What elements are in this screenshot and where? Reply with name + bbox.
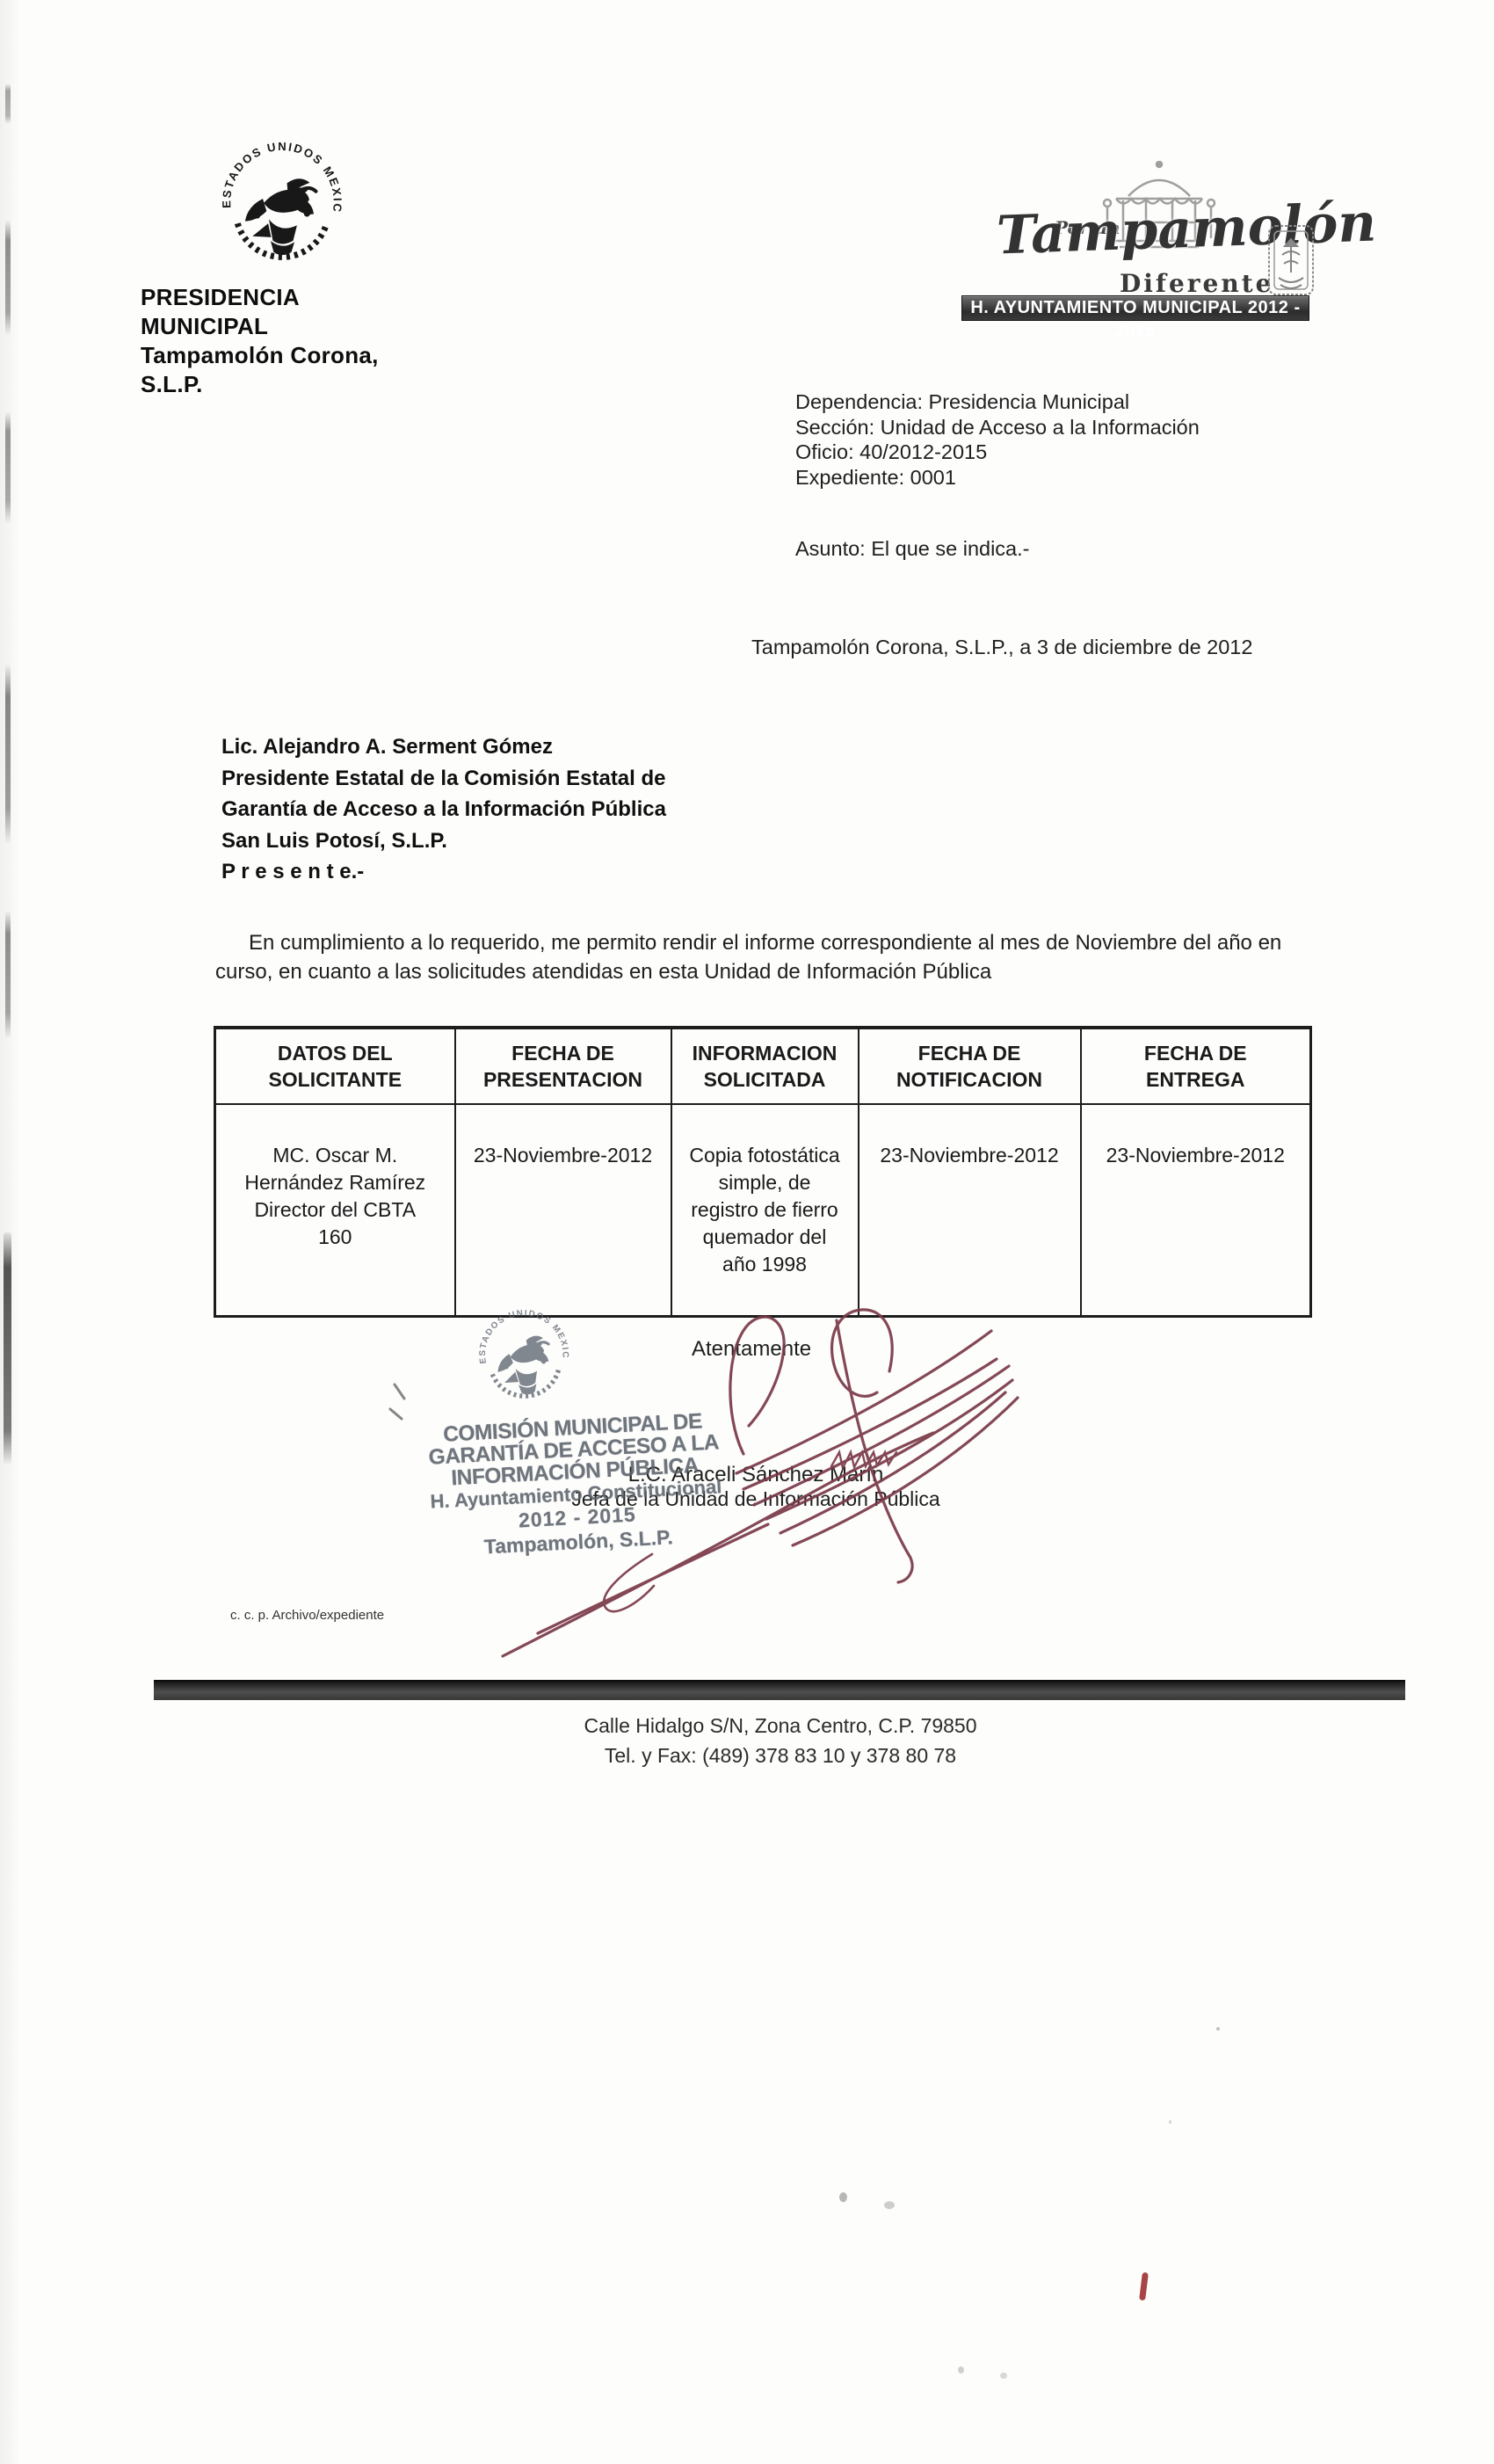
table-header-presentacion: FECHA DE PRESENTACION <box>455 1028 671 1104</box>
scan-speck <box>1169 2120 1171 2124</box>
scan-speck <box>958 2366 964 2373</box>
recipient-city: San Luis Potosí, S.L.P. <box>221 825 666 857</box>
table-header-entrega: FECHA DE ENTREGA <box>1081 1028 1311 1104</box>
national-coat-of-arms-icon <box>211 137 353 283</box>
scan-edge-shading <box>0 0 21 2464</box>
table-header-informacion: INFORMACION SOLICITADA <box>671 1028 859 1104</box>
meta-oficio: Oficio: 40/2012-2015 <box>795 440 1200 465</box>
letterhead-org-block: PRESIDENCIA MUNICIPAL Tampamolón Corona,… <box>141 283 431 399</box>
scan-speck <box>839 2192 847 2202</box>
recipient-title-1: Presidente Estatal de la Comisión Estata… <box>221 763 666 795</box>
org-place: Tampamolón Corona, S.L.P. <box>141 341 431 399</box>
scan-artifact-streak <box>5 84 11 124</box>
red-ink-mark <box>1139 2272 1149 2301</box>
logo-town-name: Tampamolón <box>996 192 1377 266</box>
administration-banner: H. AYUNTAMIENTO MUNICIPAL 2012 - 2015 <box>961 295 1309 321</box>
cell-fecha-entrega: 23-Noviembre-2012 <box>1081 1104 1311 1317</box>
scan-speck <box>884 2201 895 2209</box>
org-name: PRESIDENCIA MUNICIPAL <box>141 283 431 341</box>
table-header-row: DATOS DEL SOLICITANTE FECHA DE PRESENTAC… <box>215 1028 1311 1104</box>
recipient-name: Lic. Alejandro A. Serment Gómez <box>221 731 666 763</box>
date-line: Tampamolón Corona, S.L.P., a 3 de diciem… <box>751 636 1252 659</box>
scan-speck <box>1216 2027 1220 2031</box>
subject-line: Asunto: El que se indica.- <box>795 537 1030 561</box>
recipient-presente: P r e s e n t e.- <box>221 856 666 888</box>
scan-speck <box>1000 2373 1007 2379</box>
body-paragraph: En cumplimiento a lo requerido, me permi… <box>215 929 1296 986</box>
document-meta-block: Dependencia: Presidencia Municipal Secci… <box>795 389 1200 490</box>
footer-phone: Tel. y Fax: (489) 378 83 10 y 378 80 78 <box>429 1741 1132 1770</box>
footer-address: Calle Hidalgo S/N, Zona Centro, C.P. 798… <box>429 1711 1132 1741</box>
recipient-title-2: Garantía de Acceso a la Información Públ… <box>221 794 666 825</box>
meta-expediente: Expediente: 0001 <box>795 465 1200 491</box>
town-crest-icon <box>1266 223 1316 297</box>
scan-artifact-streak <box>5 911 11 1039</box>
meta-dependencia: Dependencia: Presidencia Municipal <box>795 389 1200 415</box>
scan-artifact-streak <box>5 411 11 524</box>
handwritten-signature <box>369 1248 1090 1688</box>
cc-line: c. c. p. Archivo/expediente <box>230 1608 384 1623</box>
table-header-solicitante: DATOS DEL SOLICITANTE <box>215 1028 455 1104</box>
table-header-notificacion: FECHA DE NOTIFICACION <box>859 1028 1081 1104</box>
meta-seccion: Sección: Unidad de Acceso a la Informaci… <box>795 415 1200 440</box>
recipient-block: Lic. Alejandro A. Serment Gómez Presiden… <box>221 731 666 888</box>
scan-artifact-streak <box>5 664 11 845</box>
scan-artifact-streak <box>4 1232 11 1465</box>
scan-artifact-streak <box>5 220 11 336</box>
footer-contact-block: Calle Hidalgo S/N, Zona Centro, C.P. 798… <box>429 1711 1132 1770</box>
logo-tagline-bottom: Diferente <box>1120 269 1273 298</box>
